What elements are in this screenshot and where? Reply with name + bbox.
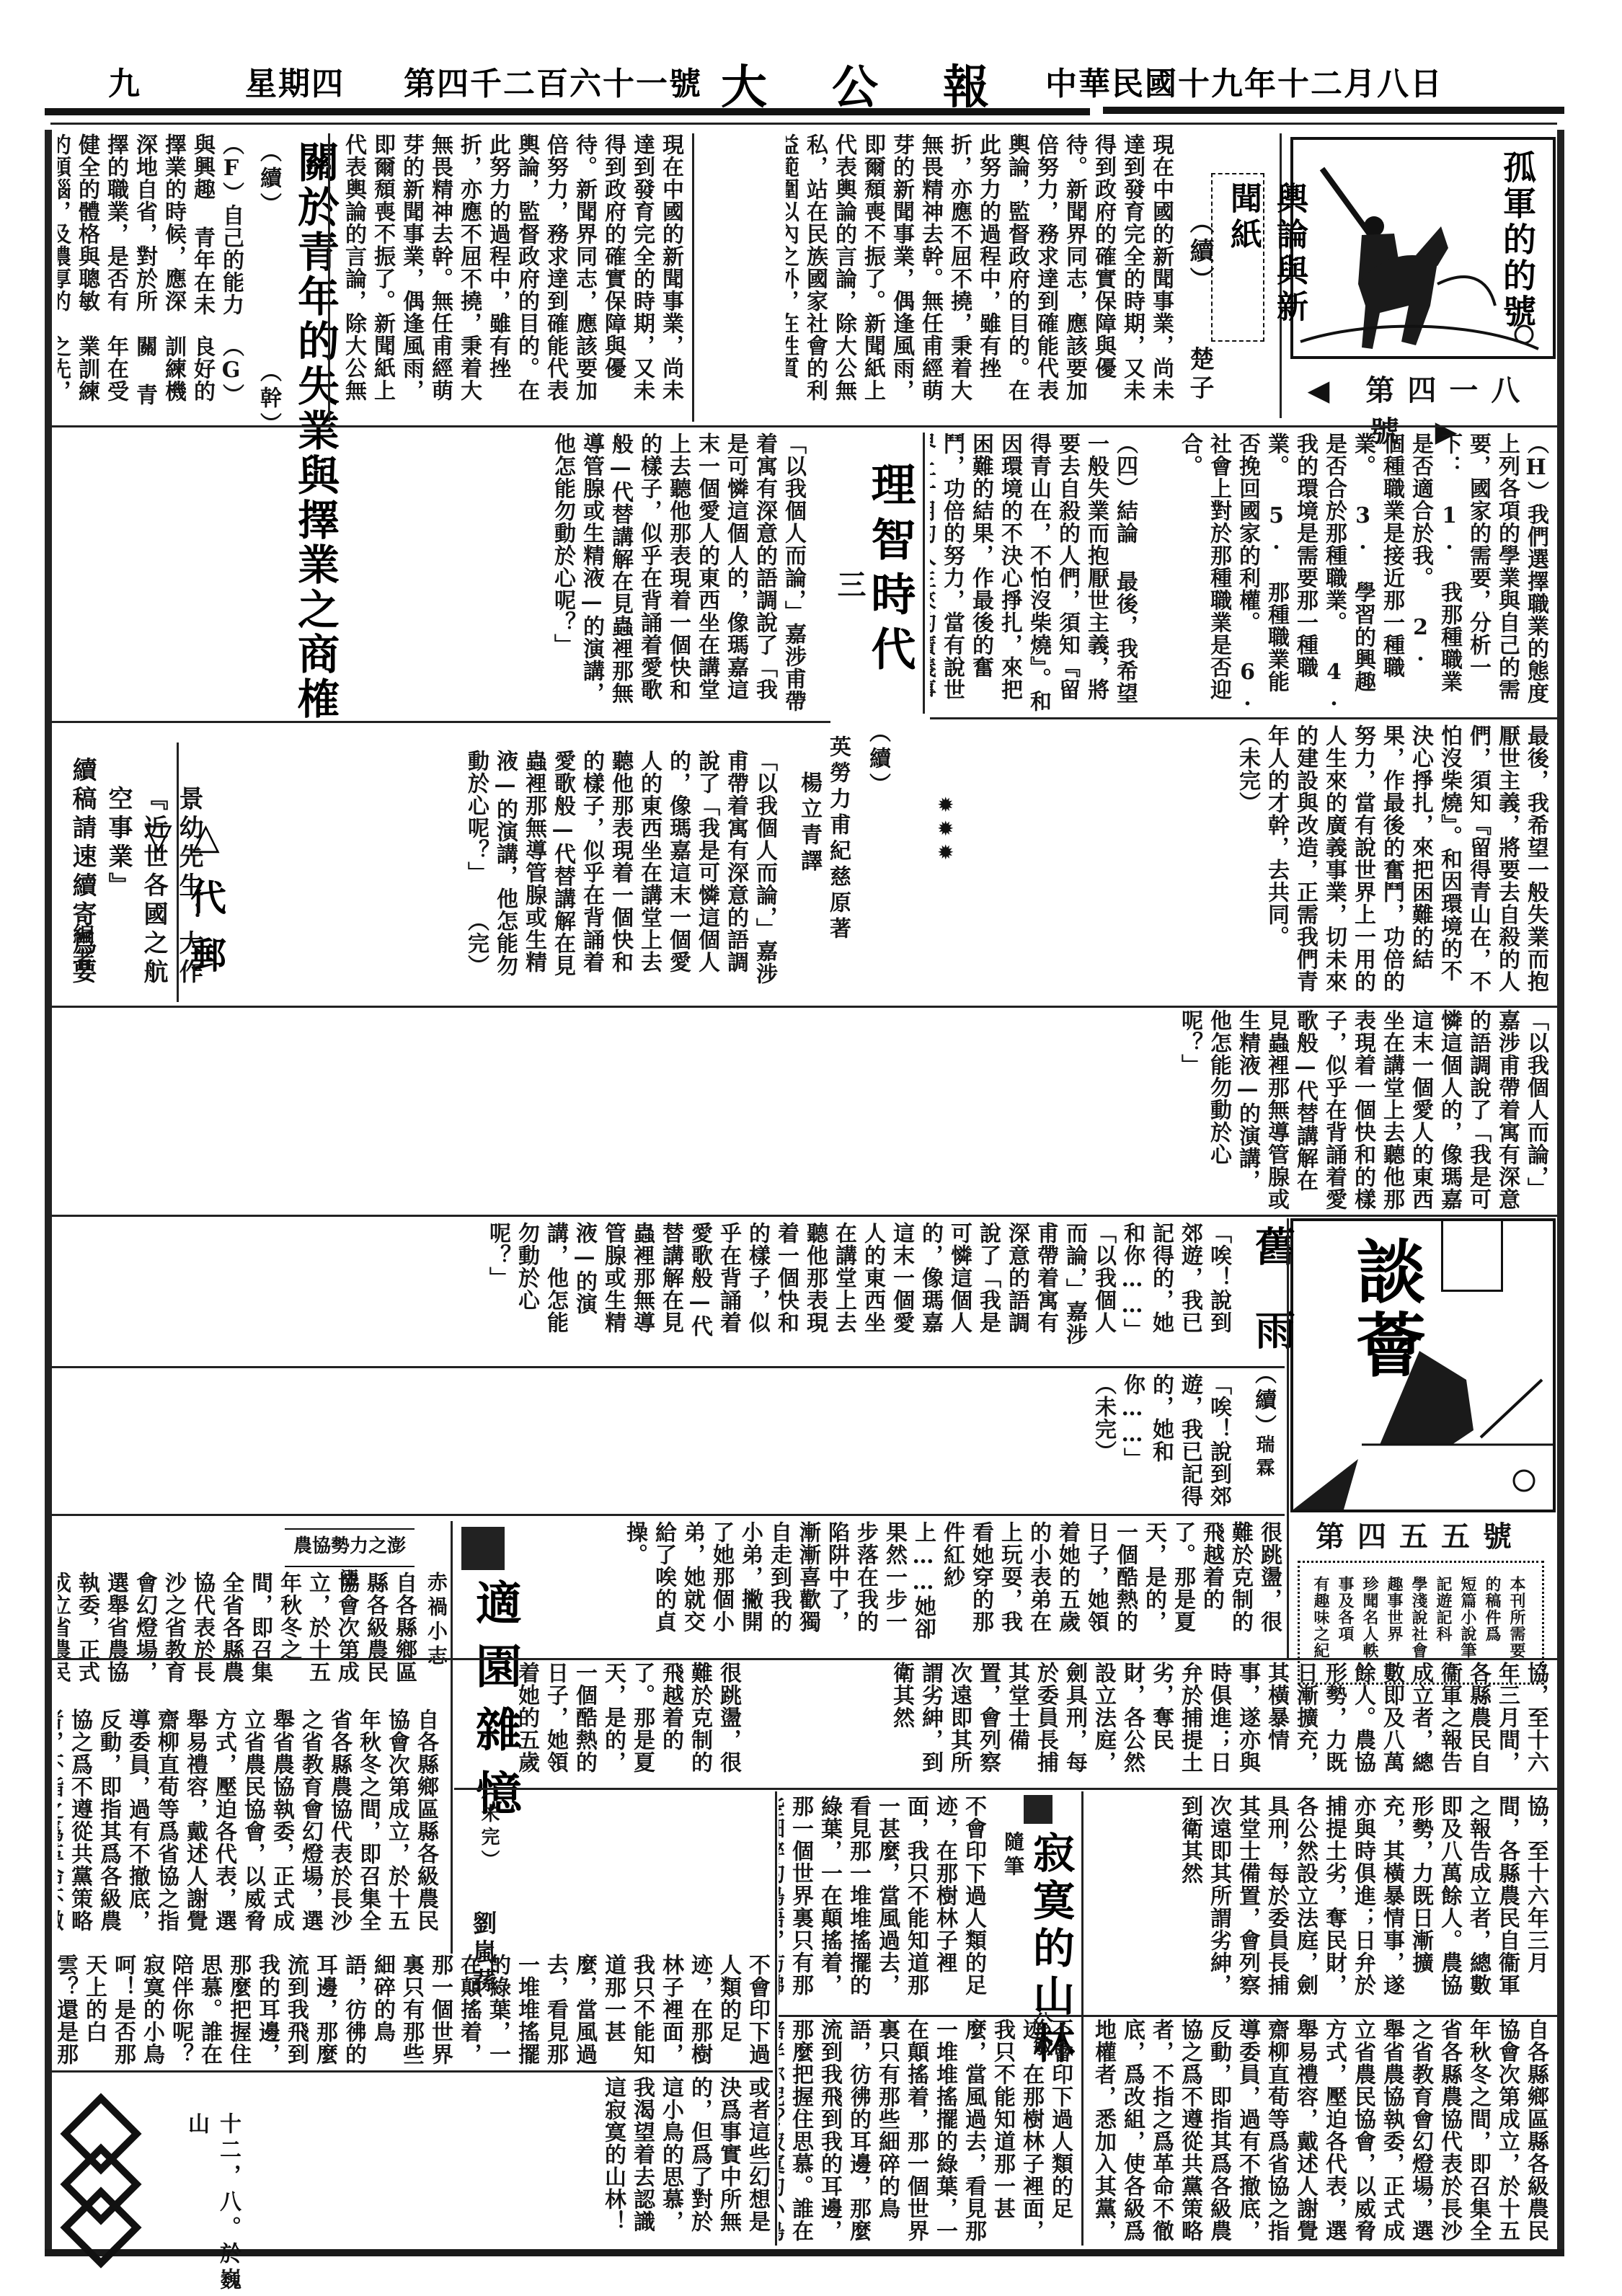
age-of-reason-chapter: 三 (829, 569, 870, 603)
peasant-association-body: 自各縣鄉區縣各級農民協會次第成立，於十五年秋冬之間，即召集全省各縣農協代表於長沙… (58, 1572, 418, 1701)
opinion-continued: （續） (1182, 209, 1218, 296)
peasant-association-body-5: 自各縣鄉區縣各級農民協會次第成立，於十五年秋冬之間，即召集全省各縣農協代表於長沙… (1089, 2018, 1550, 2242)
old-rain-continued: （續） (1247, 1362, 1279, 1440)
divider (775, 1791, 777, 2246)
row-divider (779, 2015, 1557, 2017)
talk-column-issue: 第四五五號 (1298, 1514, 1543, 1555)
divider (177, 743, 179, 1002)
mail-notice-signature: 編者 (65, 923, 97, 975)
peasant-association-author: 赤禍小志 (422, 1572, 451, 1670)
issue-number: 第四千二百六十一號 (404, 58, 702, 104)
shiyuan-memoir-body: 很跳盪，很難於克制的飛越着的了。那是夏天，是的，一個酷熱的日子，她領着她的五歲的… (519, 1521, 1283, 1654)
youth-employment-continued: （續） (252, 141, 284, 218)
age-of-reason-original-author: 英勞力甫紀慈原著 (822, 735, 854, 943)
youth-employment-status: （未完） (1235, 724, 1260, 814)
caption-left-triangle-icon: ◀ (1308, 373, 1343, 407)
age-of-reason-translator: 楊立青譯 (793, 771, 825, 875)
peasant-association-body-4: 協，至十六年三月間，各縣農民自衞軍之報告成立者，總數即及八萬餘人。農協形勢，力既… (1089, 1795, 1550, 2011)
old-rain-status: （未完） (1091, 1373, 1116, 1463)
section-mark-icon (461, 1527, 505, 1570)
lonely-forest-dateline: 十二，八。於巍山 (180, 2112, 244, 2296)
row-divider (52, 1514, 1285, 1516)
opinion-body-continued: 現在中國的新聞事業，尚未達到發育完全的時期，又未得到政府的確實保障與優待。新聞界… (339, 133, 685, 422)
row-divider (52, 1366, 1285, 1368)
peasant-association-body-3: 自各縣鄉區縣各級農民協會次第成立，於十五年秋冬之間，即召集全省各縣農協代表於長沙… (58, 1708, 440, 1946)
row-divider (52, 2070, 773, 2073)
issue-date: 中華民國十九年十二月八日 (1045, 58, 1443, 104)
mail-notice: △代郵▽ 景幼先生：大作『近世各國之航空事業』 續稿請速續寄爲要 編者 (58, 743, 173, 1002)
lonely-forest-body-2: 不會印下過人類的足迹，在那樹林子裡面，我只不能知道那一甚麼，當風過去，看見那一堆… (779, 2018, 1074, 2242)
masthead-underline (50, 123, 1557, 125)
cartoon-title: 孤軍的的號 (1494, 150, 1541, 330)
cartoon-box: 孤軍的的號 (1290, 137, 1556, 359)
divider (923, 433, 925, 714)
paper-name: 大公報 (721, 50, 1054, 117)
age-of-reason-body: 「以我個人而論，」嘉涉甫帶着寓有深意的語調說了「我是可憐這個人的，像瑪嘉這末一個… (58, 433, 807, 714)
divider (451, 1521, 453, 1954)
old-rain-body-2: 「唉！說到郊遊，我已記得的，她和你……」 （未完） (58, 1373, 1233, 1510)
age-of-reason-continued-body: 「以我個人而論，」嘉涉甫帶着寓有深意的語調說了「我是可憐這個人的，像瑪嘉這末一個… (58, 1009, 1550, 1211)
row-divider (52, 1215, 1557, 1217)
youth-employment-list: （H）我們選擇職業的態度 上列各項的學業與自己的需要，國家的需要，分析一下： 1… (1146, 433, 1550, 714)
masthead-rule-right (1103, 107, 1564, 114)
age-of-reason-continued: （續） (861, 721, 893, 799)
page-number: 九 (108, 58, 141, 104)
page-frame-bottom (45, 2249, 1564, 2256)
old-rain-body: 「唉！說到郊遊，我已記得的，她和你……」 「以我個人而論，」嘉涉甫帶着寓有深意的… (58, 1222, 1233, 1352)
peasant-association-body-2: 協，至十六年三月間，各縣農民自衞軍之報告成立者，總數即及八萬餘人。農協形勢，力既… (750, 1662, 1550, 1784)
youth-employment-conclusion: （四）結論 最後，我希望一般失業而抱厭世主義，將要去自殺的人們，須知『留得青山在… (930, 433, 1139, 714)
gear-ornament-icon: ✹✹✹ (937, 793, 954, 864)
conclusion-heading: （四）結論 (1112, 433, 1138, 544)
divider (692, 133, 694, 422)
talk-column-header: 談薈 (1290, 1218, 1556, 1512)
page-frame-right (1557, 130, 1564, 2256)
weekday: 星期四 (245, 58, 345, 104)
section-mark-icon (1024, 1795, 1052, 1824)
shiyuan-memoir-status: （未完） (476, 1781, 502, 1873)
window-icon (1441, 1221, 1503, 1292)
divider (1287, 1218, 1289, 1658)
row-divider (454, 1788, 1557, 1790)
opinion-title-box: 輿論與新聞紙 (1211, 173, 1264, 342)
lonely-forest-ending: 或者這些幻想是決爲事實中所無的，但爲了對於這小鳥的思慕，我渴望着去認識這寂寞的山… (216, 2076, 771, 2242)
opinion-body: 現在中國的新聞事業，尚未達到發育完全的時期，又未得到政府的確實保障與優待。新聞界… (786, 133, 1175, 422)
youth-employment-body-f: （F）自己的能力與興趣 青年在未擇業的時候，應深深地自省，對於所擇的職業，是否有… (58, 133, 245, 324)
row-divider (52, 721, 830, 723)
shiyuan-memoir-body-2: 很跳盪，很難於克制的飛越着的了。那是夏天，是的，一個酷熱的日子，她領着她的五歲的… (519, 1662, 743, 1784)
row-divider (930, 717, 1557, 719)
reader-figure-icon (1293, 1337, 1553, 1510)
old-rain-author: 瑞霖 (1251, 1435, 1277, 1481)
page-frame-left (45, 130, 52, 2256)
lonely-forest-body: 不會印下過人類的足迹，在那樹林子裡面，我只不能知道那一甚麼，當風過去，看見那一堆… (779, 1795, 988, 2011)
age-of-reason-dialogue: 「以我個人而論，」嘉涉甫帶着寓有深意的語調說了「我是可憐這個人的，像瑪嘉這末一個… (180, 750, 779, 995)
row-divider (52, 1006, 1557, 1008)
opinion-author: 楚子 (1182, 346, 1218, 404)
row-divider (52, 425, 1557, 427)
divider (328, 133, 330, 422)
mail-notice-recipient: 景幼先生：大作『近世各國之航空事業』 (101, 786, 207, 1002)
divider (1081, 1791, 1083, 2246)
opinion-title: 輿論與新聞紙 (1220, 182, 1312, 340)
masthead-rule-left (45, 108, 1090, 115)
age-of-reason-status: （完） (464, 910, 489, 977)
row-divider (52, 1658, 1557, 1660)
youth-employment-closing: 最後，我希望一般失業而抱厭世主義，將要去自殺的人們，須知『留得青山在，不怕沒柴燒… (930, 724, 1550, 998)
lonely-forest-body-3: 不會印下過人類的足迹，在那樹林子裡面，我只不能知道那一甚麼，當風過去，看見那一堆… (58, 1954, 771, 2069)
peasant-association-title: 農協勢力之澎漲 (285, 1528, 415, 1567)
youth-employment-body-g: （G）良好的訓練機關 青年在受業訓練之先，不論在工廠學校，或特種團體機關等，都應… (58, 335, 245, 422)
